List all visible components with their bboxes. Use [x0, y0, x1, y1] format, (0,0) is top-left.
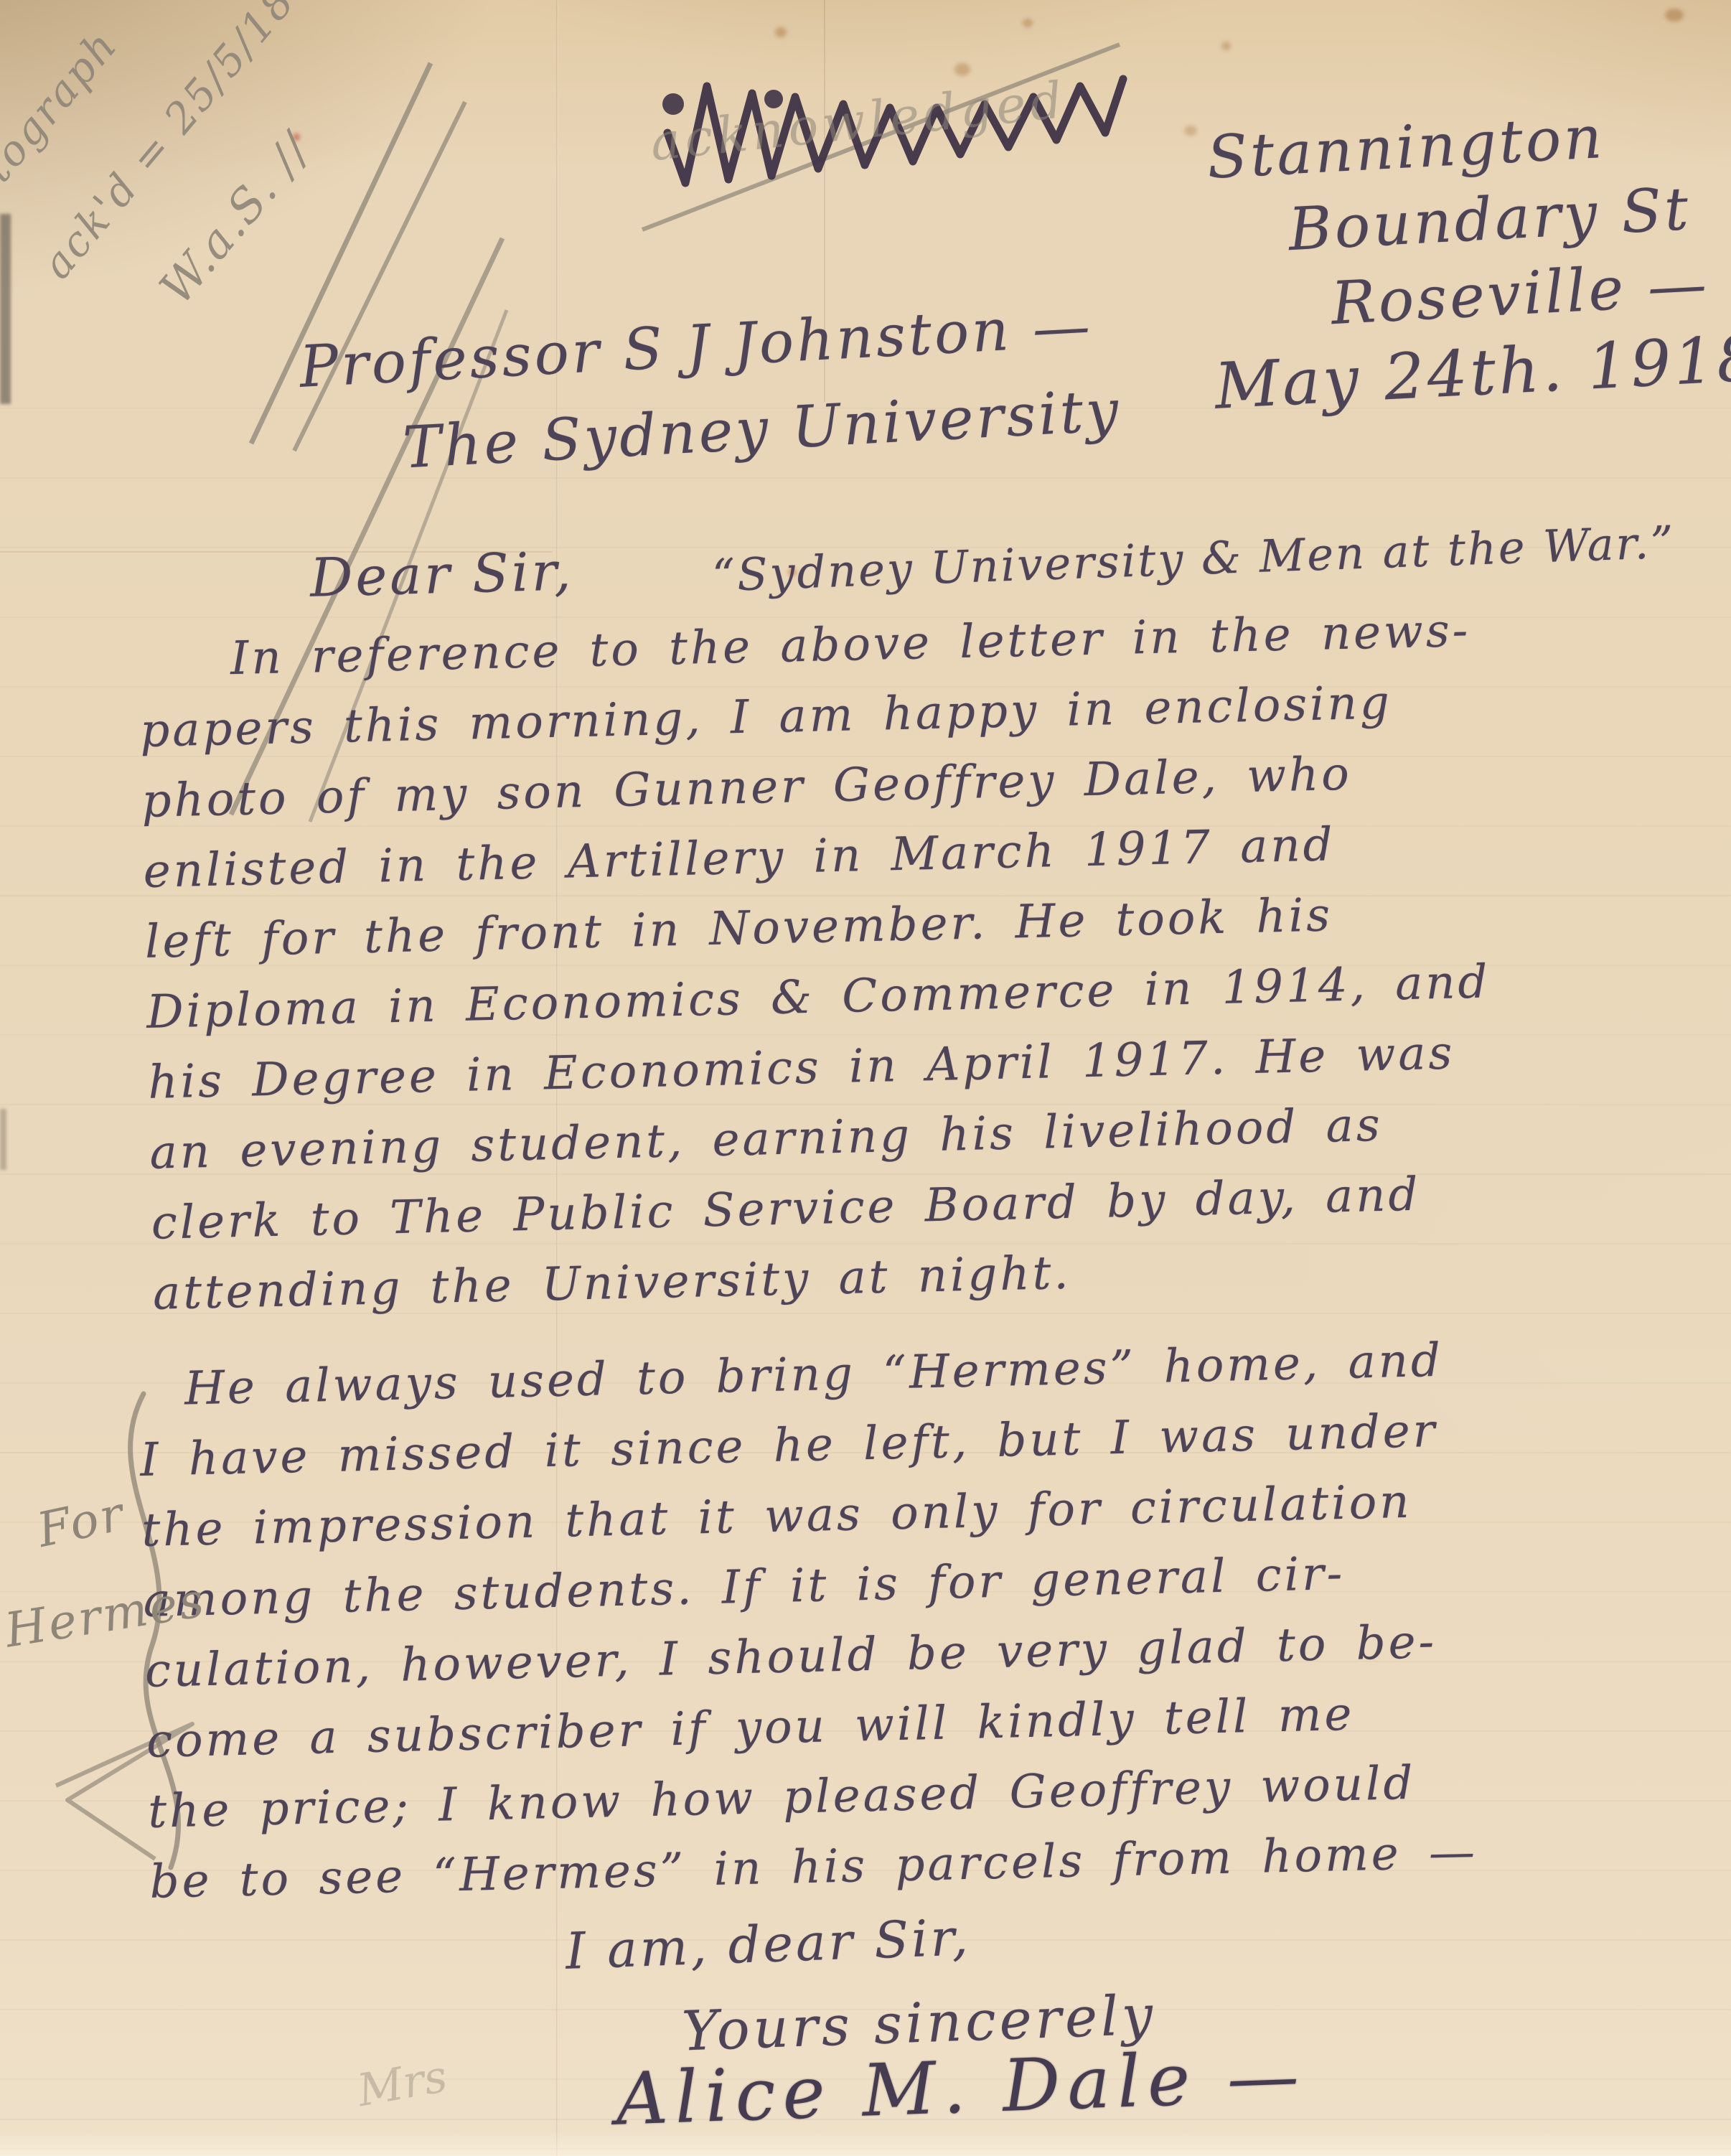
body-paragraph-2: He always used to bring “Hermes” home, a…: [138, 1320, 1686, 1917]
letter-page: Photographack'd = 25/5/18W.a.S. // ackno…: [0, 0, 1731, 2156]
body-paragraph-1: In reference to the above letter in the …: [138, 591, 1689, 1328]
sender-address-block: StanningtonBoundary StRoseville —May 24t…: [1205, 93, 1731, 425]
salutation: Dear Sir,: [309, 540, 574, 609]
